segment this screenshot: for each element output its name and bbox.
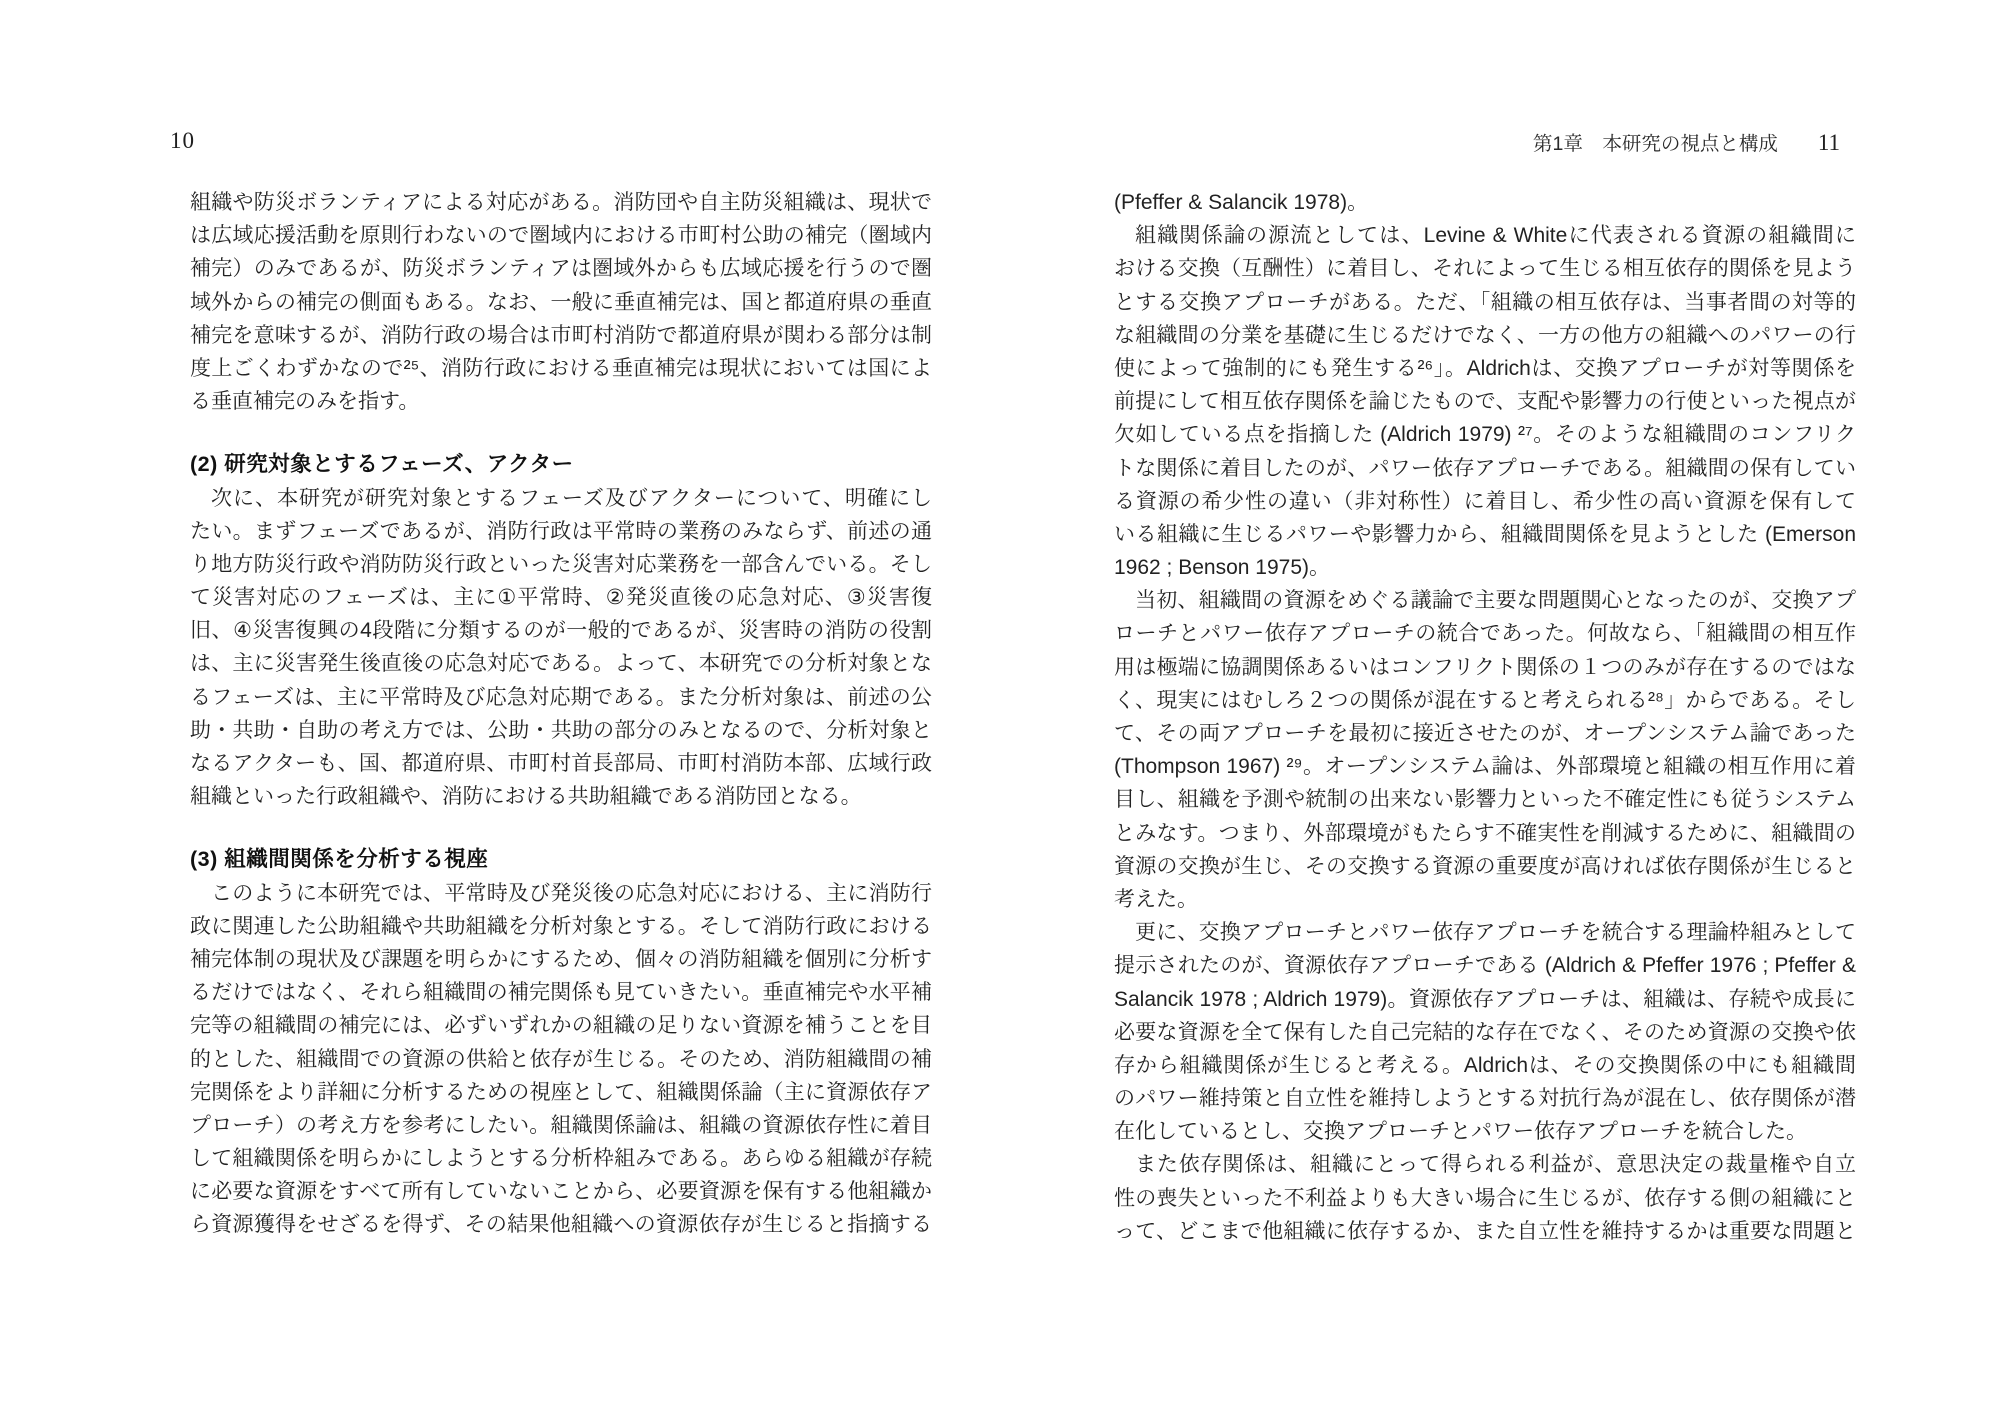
text-line: 完関係をより詳細に分析するための視座として、組織関係論（主に資源依存ア	[190, 1076, 932, 1109]
text-line: るだけではなく、それら組織間の補完関係も見ていきたい。垂直補完や水平補	[190, 976, 932, 1009]
text-line: 資源の交換が生じ、その交換する資源の重要度が高ければ依存関係が生じると	[1114, 850, 1856, 883]
text-line: とみなす。つまり、外部環境がもたらす不確実性を削減するために、組織間の	[1114, 817, 1856, 850]
text-line: 在化しているとし、交換アプローチとパワー依存アプローチを統合した。	[1114, 1115, 1856, 1148]
text-line: ローチとパワー依存アプローチの統合であった。何故なら、「組織間の相互作	[1114, 617, 1856, 650]
text-line: 次に、本研究が研究対象とするフェーズ及びアクターについて、明確にし	[190, 482, 932, 515]
text-line: 補完）のみであるが、防災ボランティアは圏域外からも広域応援を行うので圏	[190, 252, 932, 285]
text-line: おける交換（互酬性）に着目し、それによって生じる相互依存的関係を見よう	[1114, 252, 1856, 285]
text-line: Salancik 1978 ; Aldrich 1979)。資源依存アプローチは…	[1114, 983, 1856, 1016]
text-line: 目し、組織を予測や統制の出来ない影響力といった不確定性にも従うシステム	[1114, 783, 1856, 816]
text-line: 域外からの補完の側面もある。なお、一般に垂直補完は、国と都道府県の垂直	[190, 286, 932, 319]
text-line: は広域応援活動を原則行わないので圏域内における市町村公助の補完（圏域内	[190, 219, 932, 252]
text-line: (Pfeffer & Salancik 1978)。	[1114, 186, 1856, 219]
text-line: る垂直補完のみを指す。	[190, 385, 932, 418]
text-line: 前提にして相互依存関係を論じたもので、支配や影響力の行使といった視点が	[1114, 385, 1856, 418]
text-line: 度上ごくわずかなので²⁵、消防行政における垂直補完は現状においては国によ	[190, 352, 932, 385]
text-line: とする交換アプローチがある。ただ、「組織の相互依存は、当事者間の対等的	[1114, 286, 1856, 319]
text-line: に必要な資源をすべて所有していないことから、必要資源を保有する他組織か	[190, 1175, 932, 1208]
page-number-right: 11	[1818, 130, 1840, 155]
text-line: 欠如している点を指摘した (Aldrich 1979) ²⁷。そのような組織間の…	[1114, 418, 1856, 451]
section-heading: (3) 組織間関係を分析する視座	[190, 843, 932, 876]
text-line: り地方防災行政や消防防災行政といった災害対応業務を一部含んでいる。そし	[190, 548, 932, 581]
text-line: いる組織に生じるパワーや影響力から、組織間関係を見ようとした (Emerson	[1114, 518, 1856, 551]
text-line: 考えた。	[1114, 883, 1856, 916]
text-line: 用は極端に協調関係あるいはコンフリクト関係の１つのみが存在するのではな	[1114, 651, 1856, 684]
text-line: る資源の希少性の違い（非対称性）に着目し、希少性の高い資源を保有して	[1114, 485, 1856, 518]
text-line: 組織や防災ボランティアによる対応がある。消防団や自主防災組織は、現状で	[190, 186, 932, 219]
section-heading: (2) 研究対象とするフェーズ、アクター	[190, 448, 932, 481]
text-line: 1962 ; Benson 1975)。	[1114, 551, 1856, 584]
running-header: 第1章 本研究の視点と構成11	[1114, 128, 1856, 156]
text-line: 助・共助・自助の考え方では、公助・共助の部分のみとなるので、分析対象と	[190, 714, 932, 747]
text-line: って、どこまで他組織に依存するか、また自立性を維持するかは重要な問題と	[1114, 1215, 1856, 1248]
text-line: 旧、④災害復興の4段階に分類するのが一般的であるが、災害時の消防の役割	[190, 614, 932, 647]
book-spread: 10 第1章 本研究の視点と構成11 組織や防災ボランティアによる対応がある。消…	[0, 0, 2000, 1414]
text-line: 組織といった行政組織や、消防における共助組織である消防団となる。	[190, 780, 932, 813]
left-page-text: 組織や防災ボランティアによる対応がある。消防団や自主防災組織は、現状では広域応援…	[190, 186, 932, 1242]
text-line: るフェーズは、主に平常時及び応急対応期である。また分析対象は、前述の公	[190, 681, 932, 714]
text-line: 組織関係論の源流としては、Levine & Whiteに代表される資源の組織間に	[1114, 219, 1856, 252]
text-line: 使によって強制的にも発生する²⁶」。Aldrichは、交換アプローチが対等関係を	[1114, 352, 1856, 385]
text-line: のパワー維持策と自立性を維持しようとする対抗行為が混在し、依存関係が潜	[1114, 1082, 1856, 1115]
text-line: な組織間の分業を基礎に生じるだけでなく、一方の他方の組織へのパワーの行	[1114, 319, 1856, 352]
text-line: (Thompson 1967) ²⁹。オープンシステム論は、外部環境と組織の相互…	[1114, 750, 1856, 783]
text-line: は、主に災害発生後直後の応急対応である。よって、本研究での分析対象とな	[190, 647, 932, 680]
text-line: 提示されたのが、資源依存アプローチである (Aldrich & Pfeffer …	[1114, 949, 1856, 982]
text-line: て災害対応のフェーズは、主に①平常時、②発災直後の応急対応、③災害復	[190, 581, 932, 614]
text-line: 政に関連した公助組織や共助組織を分析対象とする。そして消防行政における	[190, 910, 932, 943]
right-page-text: (Pfeffer & Salancik 1978)。組織関係論の源流としては、L…	[1114, 186, 1856, 1248]
page-number-left: 10	[170, 128, 195, 154]
text-line: 当初、組織間の資源をめぐる議論で主要な問題関心となったのが、交換アプ	[1114, 584, 1856, 617]
text-line: たい。まずフェーズであるが、消防行政は平常時の業務のみならず、前述の通	[190, 515, 932, 548]
text-line: 存から組織関係が生じると考える。Aldrichは、その交換関係の中にも組織間	[1114, 1049, 1856, 1082]
text-line: 的とした、組織間での資源の供給と依存が生じる。そのため、消防組織間の補	[190, 1043, 932, 1076]
text-line: 補完体制の現状及び課題を明らかにするため、個々の消防組織を個別に分析す	[190, 943, 932, 976]
text-line: して組織関係を明らかにしようとする分析枠組みである。あらゆる組織が存続	[190, 1142, 932, 1175]
text-line: 性の喪失といった不利益よりも大きい場合に生じるが、依存する側の組織にと	[1114, 1182, 1856, 1215]
text-line: 必要な資源を全て保有した自己完結的な存在でなく、そのため資源の交換や依	[1114, 1016, 1856, 1049]
text-line: て、その両アプローチを最初に接近させたのが、オープンシステム論であった	[1114, 717, 1856, 750]
chapter-title: 第1章 本研究の視点と構成	[1533, 133, 1778, 155]
text-line: プローチ）の考え方を参考にしたい。組織関係論は、組織の資源依存性に着目	[190, 1109, 932, 1142]
text-line: トな関係に着目したのが、パワー依存アプローチである。組織間の保有してい	[1114, 452, 1856, 485]
text-line: 更に、交換アプローチとパワー依存アプローチを統合する理論枠組みとして	[1114, 916, 1856, 949]
text-line: なるアクターも、国、都道府県、市町村首長部局、市町村消防本部、広域行政	[190, 747, 932, 780]
text-line: このように本研究では、平常時及び発災後の応急対応における、主に消防行	[190, 877, 932, 910]
text-line: 完等の組織間の補完には、必ずいずれかの組織の足りない資源を補うことを目	[190, 1009, 932, 1042]
text-line: く、現実にはむしろ２つの関係が混在すると考えられる²⁸」からである。そし	[1114, 684, 1856, 717]
text-line: ら資源獲得をせざるを得ず、その結果他組織への資源依存が生じると指摘する	[190, 1208, 932, 1241]
text-line: また依存関係は、組織にとって得られる利益が、意思決定の裁量権や自立	[1114, 1148, 1856, 1181]
text-line: 補完を意味するが、消防行政の場合は市町村消防で都道府県が関わる部分は制	[190, 319, 932, 352]
